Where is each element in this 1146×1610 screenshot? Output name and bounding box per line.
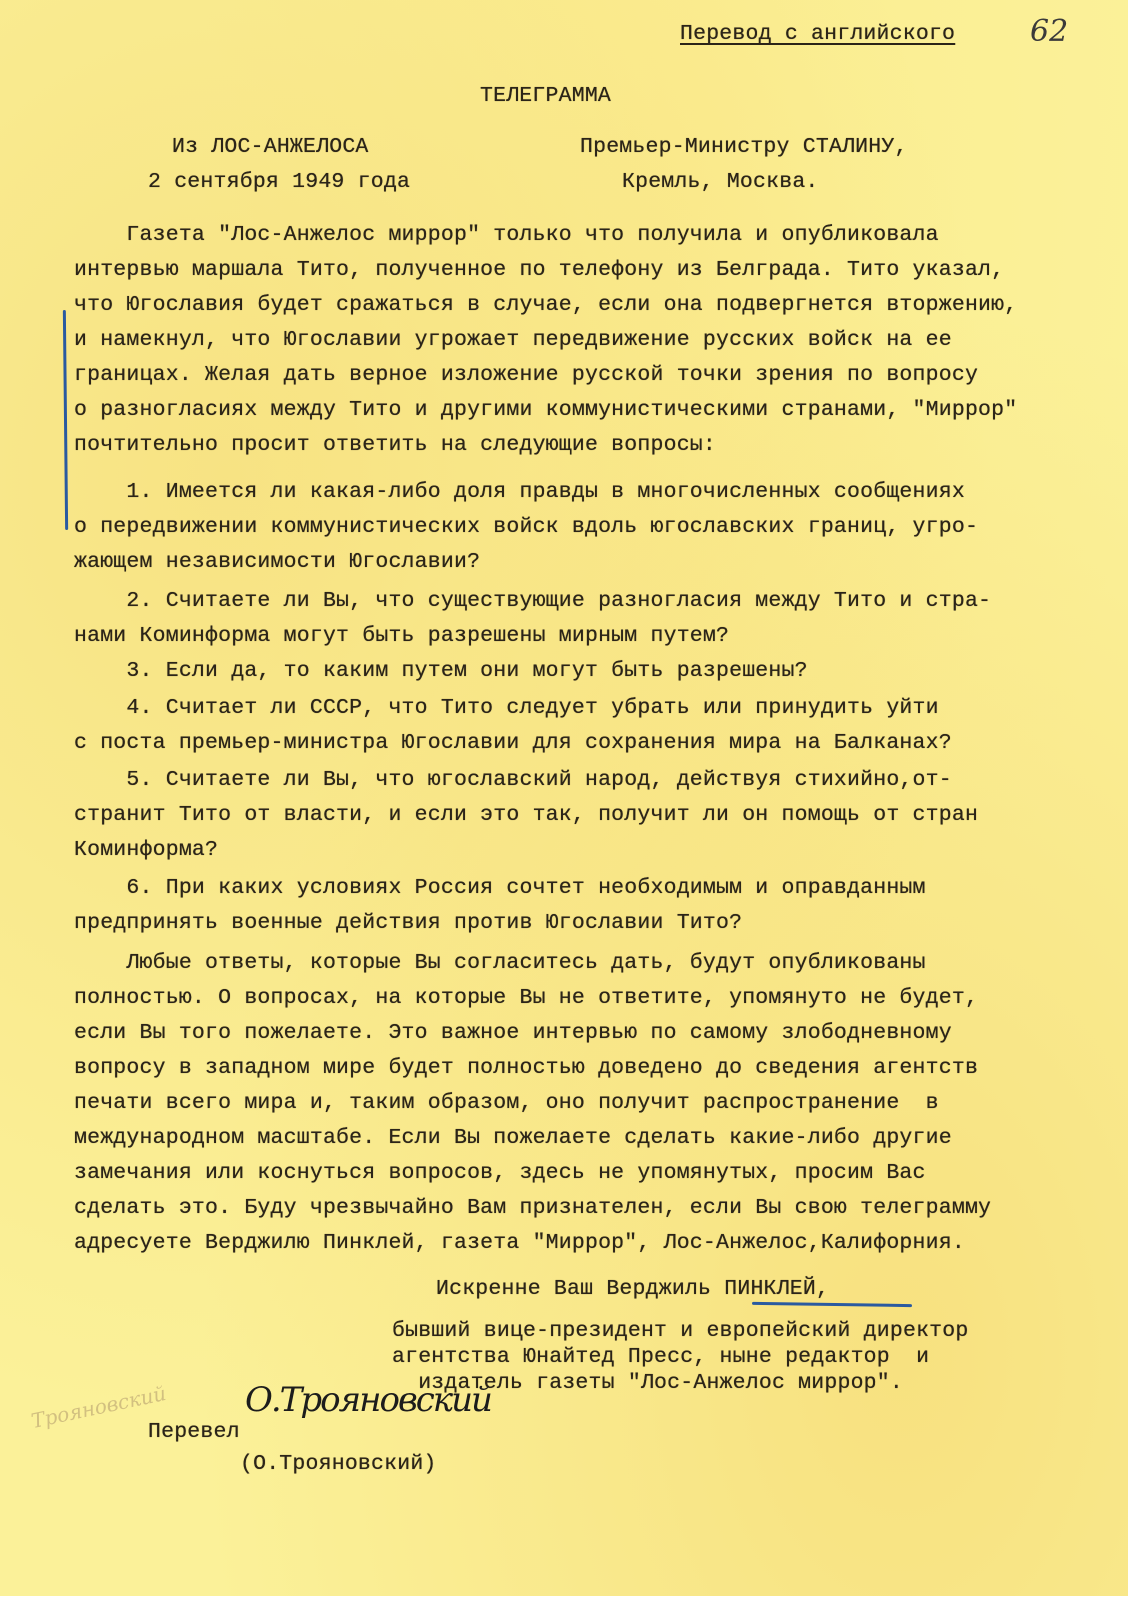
closing-line: полностью. О вопросах, на которые Вы не … [74, 986, 978, 1010]
name-underline [752, 1302, 912, 1307]
question-line: 4. Считает ли СССР, что Тито следует убр… [74, 696, 939, 720]
translation-note: Перевод с английского [680, 22, 955, 46]
page-number: 62 [1030, 14, 1068, 49]
recipient-address: Кремль, Москва. [622, 170, 819, 194]
question-line: о передвижении коммунистических войск вд… [74, 515, 978, 539]
closing-line: сделать это. Буду чрезвычайно Вам призна… [74, 1196, 991, 1220]
intro-line: почтительно просит ответить на следующие… [74, 433, 716, 457]
intro-line: и намекнул, что Югославии угрожает перед… [74, 328, 952, 352]
translator-label: Перевел [148, 1420, 240, 1444]
question-line: жающем независимости Югославии? [74, 550, 480, 574]
document-title: ТЕЛЕГРАММА [480, 84, 611, 108]
closing-line: вопросу в западном мире будет полностью … [74, 1056, 978, 1080]
intro-line: границах. Желая дать верное изложение ру… [74, 363, 978, 387]
signoff-line: Искренне Ваш Верджиль ПИНКЛЕЙ, [436, 1277, 829, 1301]
question-line: нами Коминформа могут быть разрешены мир… [74, 624, 729, 648]
closing-line: Любые ответы, которые Вы согласитесь дат… [74, 951, 926, 975]
closing-line: замечания или коснуться вопросов, здесь … [74, 1161, 926, 1185]
question-line: странит Тито от власти, и если это так, … [74, 803, 978, 827]
question-line: с поста премьер-министра Югославии для с… [74, 731, 952, 755]
sender-date: 2 сентября 1949 года [148, 170, 410, 194]
question-line: 1. Имеется ли какая-либо доля правды в м… [74, 480, 965, 504]
question-line: 5. Считаете ли Вы, что югославский народ… [74, 768, 952, 792]
translator-signature: О.Трояновский [245, 1380, 491, 1420]
intro-line: Газета "Лос-Анжелос миррор" только что п… [74, 223, 939, 247]
question-line: Коминформа? [74, 838, 218, 862]
intro-line: что Югославия будет сражаться в случае, … [74, 293, 1017, 317]
closing-line: международном масштабе. Если Вы пожелает… [74, 1126, 952, 1150]
question-line: 2. Считаете ли Вы, что существующие разн… [74, 589, 991, 613]
closing-line: печати всего мира и, таким образом, оно … [74, 1091, 939, 1115]
translator-name: (О.Трояновский) [240, 1452, 437, 1476]
margin-mark [63, 310, 68, 530]
intro-line: интервью маршала Тито, полученное по тел… [74, 258, 1004, 282]
question-line: 6. При каких условиях Россия сочтет необ… [74, 876, 926, 900]
sender-from: Из ЛОС-АНЖЕЛОСА [172, 135, 369, 159]
question-line: предпринять военные действия против Югос… [74, 911, 742, 935]
recipient-to: Премьер-Министру СТАЛИНУ, [580, 135, 908, 159]
credentials-line: бывший вице-президент и европейский дире… [392, 1319, 969, 1343]
closing-line: если Вы того пожелаете. Это важное интер… [74, 1021, 952, 1045]
intro-line: о разногласиях между Тито и другими комм… [74, 398, 1017, 422]
question-line: 3. Если да, то каким путем они могут быт… [74, 659, 808, 683]
closing-line: адресуете Верджилю Пинклей, газета "Мирр… [74, 1231, 965, 1255]
credentials-line: агентства Юнайтед Пресс, ныне редактор и [392, 1345, 929, 1369]
document-page: Перевод с английского 62 ТЕЛЕГРАММА Из Л… [0, 0, 1128, 1596]
